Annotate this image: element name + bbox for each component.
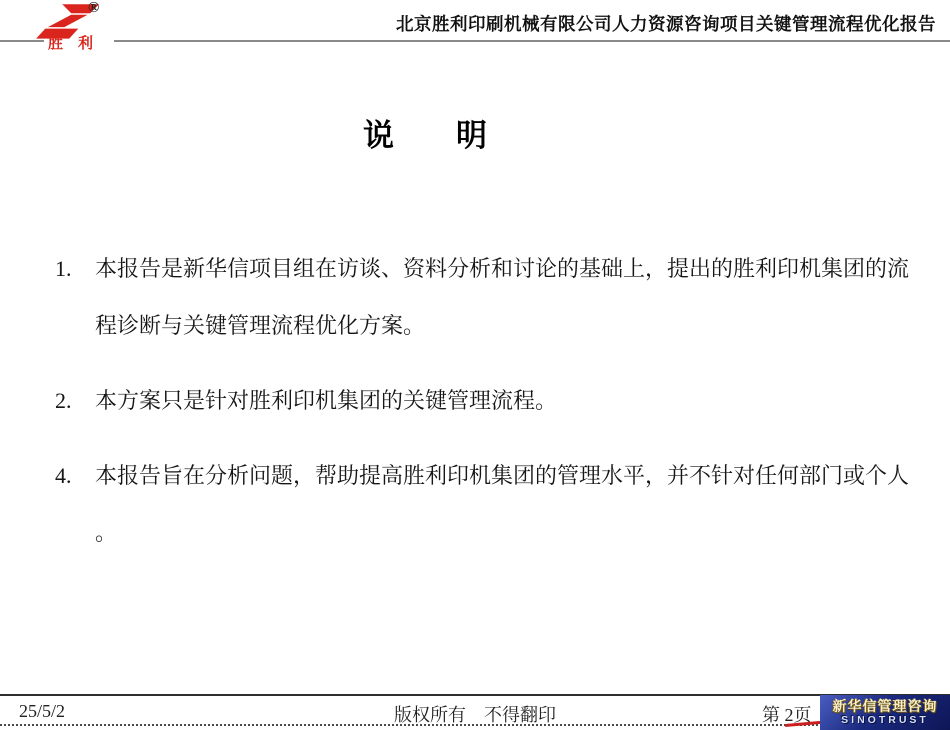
sinotrust-logo-latin: SINOTRUST: [841, 714, 929, 727]
report-title: 北京胜利印刷机械有限公司人力资源咨询项目关键管理流程优化报告: [156, 11, 936, 36]
list-item-text: 。: [95, 504, 907, 561]
sinotrust-logo-chinese: 新华信管理咨询: [833, 698, 938, 714]
registered-trademark-icon: ®: [88, 0, 99, 17]
brand-rule-left: [0, 40, 44, 42]
list-item-number: 1.: [55, 240, 72, 297]
list-item: 2. 本方案只是针对胜利印机集团的关键管理流程。: [55, 372, 907, 429]
sinotrust-logo: 新华信管理咨询 SINOTRUST: [820, 695, 950, 730]
slide-page: { "header": { "title": "北京胜利印刷机械有限公司人力资源…: [0, 0, 950, 730]
list-item: 4. 本报告旨在分析问题，帮助提高胜利印机集团的管理水平，并不针对任何部门或个人…: [55, 447, 907, 561]
brand-name: 胜 利: [48, 32, 112, 53]
list-item-text: 本报告旨在分析问题，帮助提高胜利印机集团的管理水平，并不针对任何部门或个人: [95, 447, 907, 504]
list-item-text: 本方案只是针对胜利印机集团的关键管理流程。: [95, 372, 907, 429]
header-rule: [114, 40, 950, 42]
list-item-text: 本报告是新华信项目组在访谈、资料分析和讨论的基础上，提出的胜利印机集团的流: [95, 240, 907, 297]
numbered-list: 1. 本报告是新华信项目组在访谈、资料分析和讨论的基础上，提出的胜利印机集团的流…: [55, 240, 907, 579]
slide-title: 说 明: [0, 110, 850, 155]
footer-top-rule: [0, 694, 950, 696]
list-item-number: 4.: [55, 447, 72, 504]
list-item-number: 2.: [55, 372, 72, 429]
list-item: 1. 本报告是新华信项目组在访谈、资料分析和讨论的基础上，提出的胜利印机集团的流…: [55, 240, 907, 354]
list-item-text: 程诊断与关键管理流程优化方案。: [95, 297, 907, 354]
